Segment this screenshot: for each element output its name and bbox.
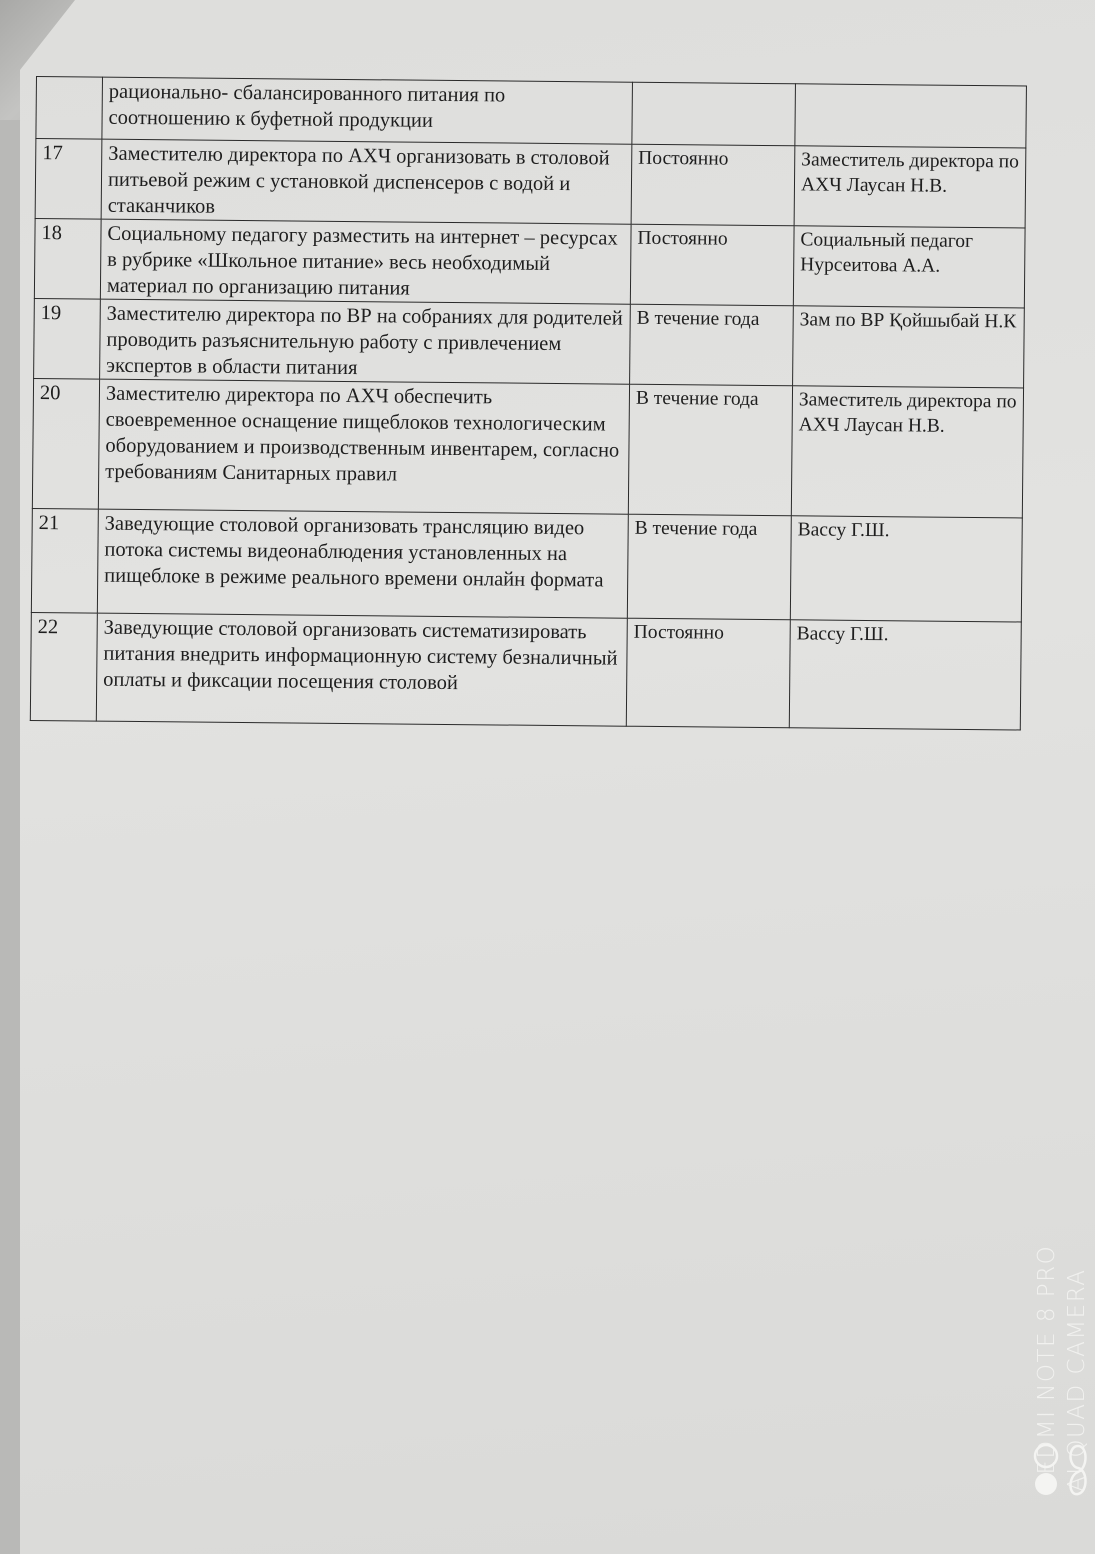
task-description: Заведующие столовой организовать трансля… [97, 509, 628, 618]
row-number [36, 77, 103, 140]
responsible-person: Вассу Г.Ш. [789, 620, 1021, 730]
task-description: Заместителю директора по ВР на собраниях… [100, 299, 631, 384]
task-description: Заведующие столовой организовать система… [96, 613, 627, 726]
row-number: 22 [30, 612, 97, 721]
action-plan-table: рационально- сбалансированного питания п… [30, 76, 1027, 730]
row-number: 19 [34, 298, 101, 379]
responsible-person: Вассу Г.Ш. [790, 516, 1022, 622]
row-number: 17 [35, 139, 102, 220]
responsible-person [795, 84, 1027, 148]
table-row: 17 Заместителю директора по АХЧ организо… [35, 139, 1026, 228]
table-row: 20 Заместителю директора по АХЧ обеспечи… [32, 378, 1023, 517]
deadline: Постоянно [626, 618, 790, 728]
table-row: рационально- сбалансированного питания п… [36, 77, 1027, 149]
table-row: 18 Социальному педагогу разместить на ин… [34, 218, 1025, 307]
responsible-person: Заместитель директора по АХЧ Лаусан Н.В. [791, 386, 1023, 518]
task-description: рационально- сбалансированного питания п… [102, 77, 633, 144]
table-row: 19 Заместителю директора по ВР на собран… [34, 298, 1025, 387]
action-plan-table-container: рационально- сбалансированного питания п… [30, 76, 1026, 730]
row-number: 20 [32, 378, 99, 509]
camera-lens-logo-icon [1032, 1440, 1094, 1502]
responsible-person: Заместитель директора по АХЧ Лаусан Н.В. [794, 146, 1026, 228]
row-number: 18 [34, 218, 101, 299]
task-description: Заместителю директора по АХЧ обеспечить … [98, 379, 629, 514]
deadline [632, 82, 796, 146]
deadline: В течение года [630, 304, 794, 386]
task-description: Заместителю директора по АХЧ организоват… [101, 139, 632, 224]
table-row: 21 Заведующие столовой организовать тран… [31, 508, 1022, 621]
task-description: Социальному педагогу разместить на интер… [100, 219, 631, 304]
row-number: 21 [31, 508, 98, 613]
deadline: В течение года [628, 384, 792, 516]
deadline: Постоянно [630, 224, 794, 306]
responsible-person: Социальный педагог Нурсеитова А.А. [793, 226, 1025, 308]
table-row: 22 Заведующие столовой организовать сист… [30, 612, 1021, 729]
deadline: Постоянно [631, 144, 795, 226]
responsible-person: Зам по ВР Қойшыбай Н.К [793, 306, 1025, 388]
deadline: В течение года [627, 514, 791, 620]
